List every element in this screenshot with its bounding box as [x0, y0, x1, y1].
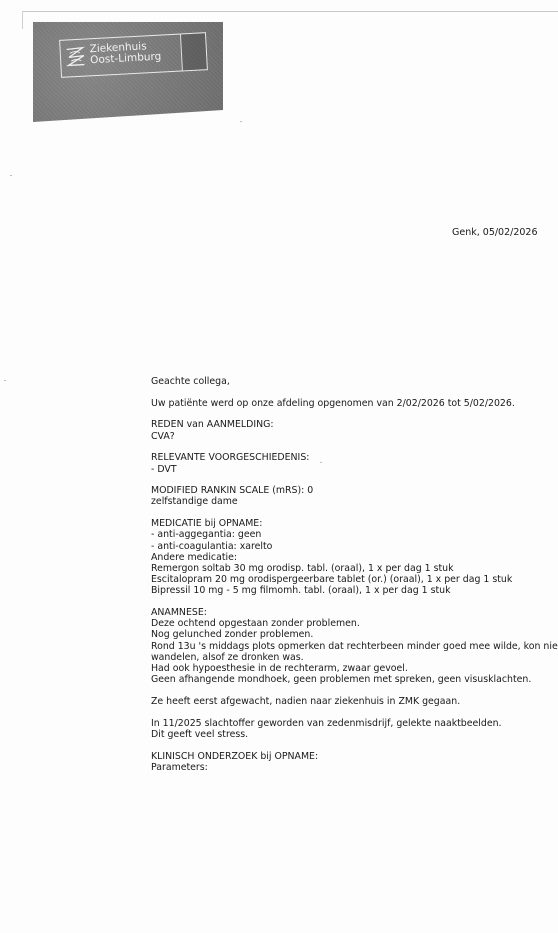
section-heading: KLINISCH ONDERZOEK bij OPNAME: [151, 751, 551, 762]
letter-section: Ze heeft eerst afgewacht, nadien naar zi… [151, 696, 551, 707]
section-line: Ze heeft eerst afgewacht, nadien naar zi… [151, 696, 551, 707]
scan-speck [240, 121, 242, 122]
letter-section: MEDICATIE bij OPNAME:- anti-aggegantia: … [151, 518, 551, 596]
section-line: wandelen, alsof ze dronken was. [151, 652, 551, 663]
hospital-name-line2: Oost-Limburg [90, 52, 162, 67]
letter-body: Geachte collega, Uw patiënte werd op onz… [151, 376, 551, 783]
letter-date: Genk, 05/02/2026 [452, 227, 538, 238]
section-line: - anti-coagulantia: xarelto [151, 541, 551, 552]
section-line: - anti-aggegantia: geen [151, 529, 551, 540]
section-line: Bipressil 10 mg - 5 mg filmomh. tabl. (o… [151, 585, 551, 596]
section-line: Geen afhangende mondhoek, geen problemen… [151, 674, 551, 685]
letter-section: REDEN van AANMELDING:CVA? [151, 419, 551, 441]
admission-intro: Uw patiënte werd op onze afdeling opgeno… [151, 398, 551, 409]
section-heading: MODIFIED RANKIN SCALE (mRS): 0 [151, 485, 551, 496]
salutation: Geachte collega, [151, 376, 551, 387]
section-heading: REDEN van AANMELDING: [151, 419, 551, 430]
letter-section: ANAMNESE:Deze ochtend opgestaan zonder p… [151, 607, 551, 685]
letter-section: In 11/2025 slachtoffer geworden van zede… [151, 718, 551, 740]
scan-speck [4, 380, 6, 381]
section-line: Dit geeft veel stress. [151, 729, 551, 740]
section-line: Nog gelunched zonder problemen. [151, 629, 551, 640]
scan-edge-left [22, 11, 23, 29]
scanned-letter-page: Ziekenhuis Oost-Limburg Genk, 05/02/2026… [0, 0, 558, 933]
zol-swirl-logo-icon [63, 43, 88, 70]
section-line: Escitalopram 20 mg orodispergeerbare tab… [151, 574, 551, 585]
section-heading: RELEVANTE VOORGESCHIEDENIS: [151, 452, 551, 463]
section-line: Andere medicatie: [151, 552, 551, 563]
logo-accent-panel [180, 33, 207, 70]
section-line: zelfstandige dame [151, 496, 551, 507]
letter-sections: REDEN van AANMELDING:CVA?RELEVANTE VOORG… [151, 419, 551, 773]
section-line: In 11/2025 slachtoffer geworden van zede… [151, 718, 551, 729]
section-line: Remergon soltab 30 mg orodisp. tabl. (or… [151, 563, 551, 574]
scan-edge-top [22, 11, 558, 12]
section-line: Parameters: [151, 762, 551, 773]
section-line: CVA? [151, 431, 551, 442]
section-heading: ANAMNESE: [151, 607, 551, 618]
scan-speck [10, 175, 12, 176]
letterhead: Ziekenhuis Oost-Limburg [33, 22, 223, 122]
hospital-name: Ziekenhuis Oost-Limburg [89, 41, 161, 67]
hospital-logo: Ziekenhuis Oost-Limburg [59, 32, 208, 78]
scan-speck [320, 462, 322, 463]
letter-section: MODIFIED RANKIN SCALE (mRS): 0zelfstandi… [151, 485, 551, 507]
section-line: Rond 13u 's middags plots opmerken dat r… [151, 641, 551, 652]
scan-speck [455, 647, 457, 648]
section-line: Had ook hypoesthesie in de rechterarm, z… [151, 663, 551, 674]
section-line: - DVT [151, 464, 551, 475]
section-line: Deze ochtend opgestaan zonder problemen. [151, 618, 551, 629]
letter-section: KLINISCH ONDERZOEK bij OPNAME:Parameters… [151, 751, 551, 773]
section-heading: MEDICATIE bij OPNAME: [151, 518, 551, 529]
letter-section: RELEVANTE VOORGESCHIEDENIS:- DVT [151, 452, 551, 474]
